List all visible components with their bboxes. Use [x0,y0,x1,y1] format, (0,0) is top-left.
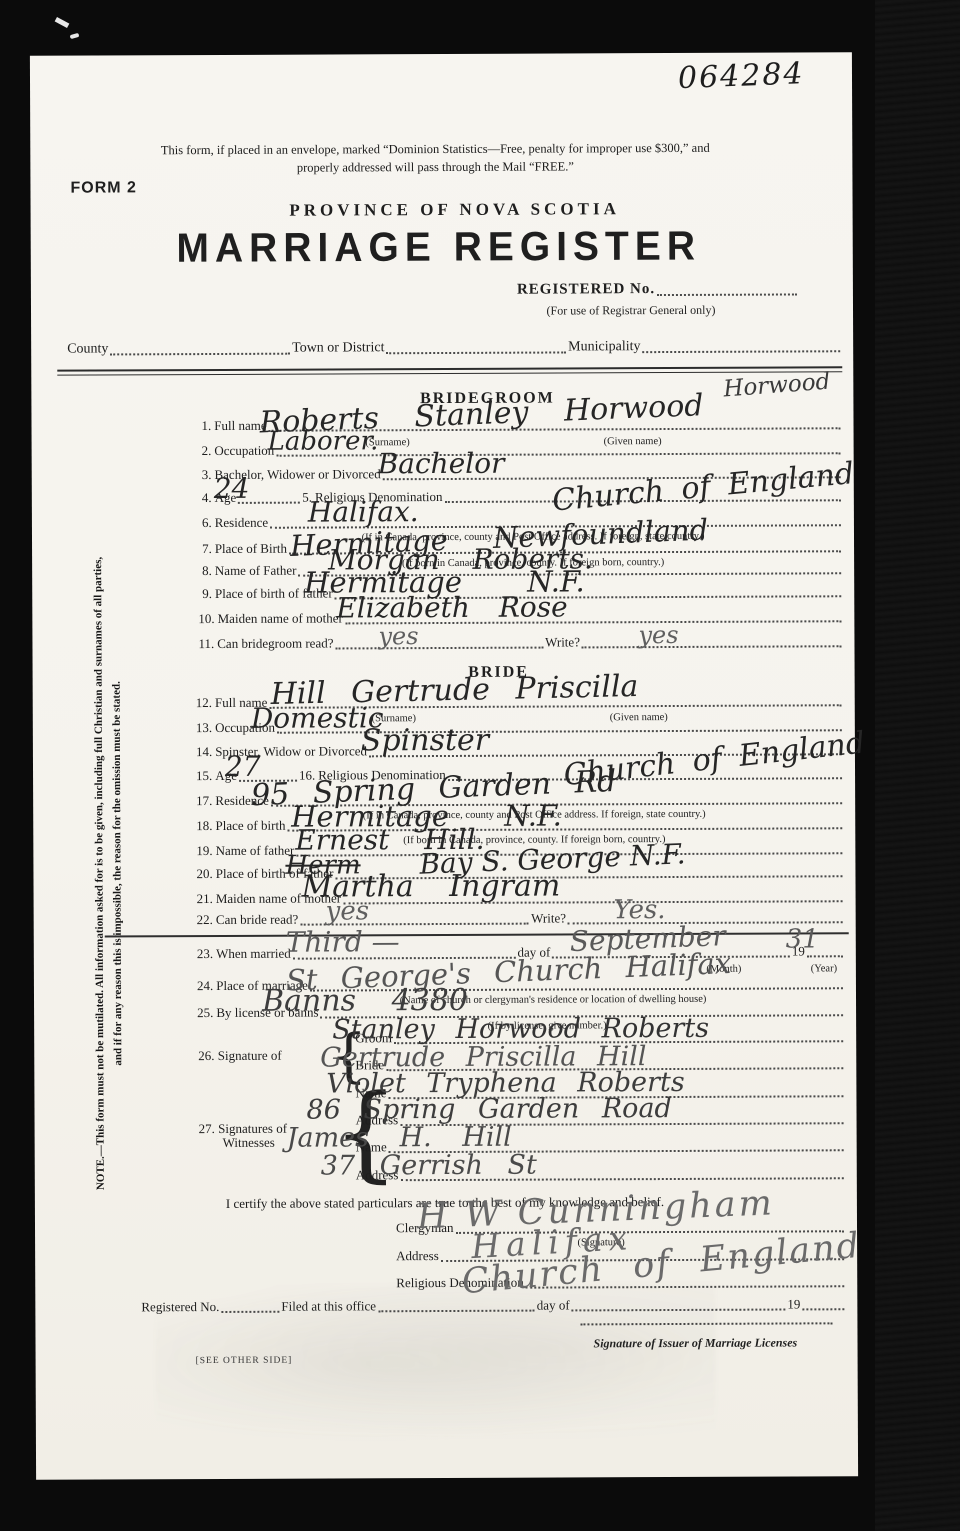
filed-label: Filed at this office [281,1298,376,1314]
address-label: Address [396,1248,439,1264]
field-no: 21. [197,891,213,907]
field-no: 10. [198,611,214,627]
field-no: 7. [202,541,212,557]
signature-of-label: 26. Signature of [198,1048,328,1065]
dotted-line [807,955,843,957]
dotted-line [110,353,290,356]
write-label: Write? [531,910,566,926]
field-no: 15. [196,768,212,784]
field-no: 12. [196,695,212,711]
field-label: Place of Birth [215,541,287,557]
field-label: Place of birth [215,818,285,834]
field-row-11: 11. Can bridegroom read? Write? [198,633,843,652]
issuer-signature-label: Signature of Issuer of Marriage Licenses [593,1335,797,1351]
hw-bride-read: yes [326,898,370,924]
hw-bride-status: Spinster [361,726,489,757]
field-no: 13. [196,720,212,736]
see-other-side-note: [SEE OTHER SIDE] [196,1356,293,1366]
field-no: 14. [196,744,212,760]
marriage-register-form: 064284 This form, if placed in an envelo… [30,52,858,1480]
hw-marriage-day: Third — [286,928,400,956]
dotted-line [582,645,842,648]
hw-bride-write: Yes. [614,897,666,923]
dotted-line [386,351,566,354]
hw-name-correction: Horwood [723,371,831,402]
dotted-line [657,293,797,296]
hw-bridegroom-age: 24 [214,475,250,503]
field-label: Name of father [216,843,295,859]
hw-bridegroom-read: yes [378,624,418,648]
day-of-label: day of [537,1297,570,1313]
dotted-line [802,1308,844,1310]
hw-groom-signature: Stanley Horwood Roberts [332,1015,709,1044]
hw-marriage-year: 31 [786,926,819,952]
field-label: When married [216,946,291,962]
field-no: 22. [197,912,213,928]
field-no: 19. [196,843,212,859]
field-label: Name of Father [215,563,297,579]
field-no: 11. [198,636,214,652]
handwritten-film-number: 064284 [677,56,805,96]
dotted-line [526,1285,845,1288]
municipality-label: Municipality [568,339,640,355]
mail-note-line2: properly addressed will pass through the… [297,159,574,175]
section-divider [105,932,849,937]
field-no: 20. [196,866,212,882]
hw-bridegroom-occupation: Laborer. [268,428,379,454]
registrar-note: (For use of Registrar General only) [547,303,716,319]
hw-witness1-address: 86 Spring Garden Road [306,1095,671,1124]
dotted-line [221,1311,279,1313]
field-label: Occupation [214,443,274,459]
field-no: 4. [202,490,212,506]
field-no: 9. [202,586,212,602]
dotted-line [572,1309,786,1312]
hw-bridegroom-status: Bachelor [378,450,505,479]
field-label: Can bridegroom read? [217,635,333,652]
registered-no-label: REGISTERED No. [517,281,655,299]
issuer-signature-line [580,1322,832,1325]
field-label: Witnesses [223,1135,275,1151]
dotted-line [378,1310,535,1313]
field-no: 6. [202,515,212,531]
registered-no-row: REGISTERED No. [517,280,799,298]
section-divider [57,366,842,375]
field-no: 23. [197,946,213,962]
field-label: 26. Signature of [198,1048,281,1064]
field-no: 8. [202,563,212,579]
write-label: Write? [545,634,580,650]
dotted-line [643,350,841,353]
hw-bridegroom-residence: Halifax. [308,498,419,526]
town-label: Town or District [292,340,384,356]
field-no: 2. [202,443,212,459]
microfilm-scan: 064284 This form, if placed in an envelo… [0,0,960,1531]
hw-witness2-name: James H. Hill [287,1124,512,1152]
county-label: County [67,341,108,357]
hw-bridegroom-mother: Elizabeth Rose [336,593,567,622]
province-heading: PROVINCE OF NOVA SCOTIA [289,199,620,220]
field-label: Maiden name of mother [218,610,343,627]
year-note: (Year) [811,963,837,974]
hw-bride-age: 27 [225,753,261,781]
hw-banns: Banns 4380 [262,986,468,1017]
field-no: 25. [197,1005,213,1021]
dotted-line [335,647,543,650]
mail-note-line1: This form, if placed in an envelope, mar… [161,141,710,158]
form-title: MARRIAGE REGISTER [176,224,701,272]
field-no: 3. [202,467,212,483]
field-no: 17. [196,793,212,809]
county-row: County Town or District Municipality [67,338,842,357]
field-no: 24. [197,978,213,994]
registered-no-label: Registered No. [141,1299,219,1315]
film-scratch [70,33,80,39]
form-number-label: FORM 2 [70,179,137,197]
sidebar-note: NOTE.—This form must not be mutilated. A… [90,549,128,1197]
field-no: 18. [196,818,212,834]
film-texture [875,0,960,1531]
field-no: 1. [201,418,211,434]
film-scratch [55,17,70,28]
field-label: Residence [215,515,268,531]
year-prefix: 19 [787,1296,800,1312]
filed-row: Registered No. Filed at this office day … [141,1296,846,1315]
hw-bridegroom-write: yes [638,623,678,647]
hw-witness2-address: 37 Gerrish St [321,1152,537,1180]
